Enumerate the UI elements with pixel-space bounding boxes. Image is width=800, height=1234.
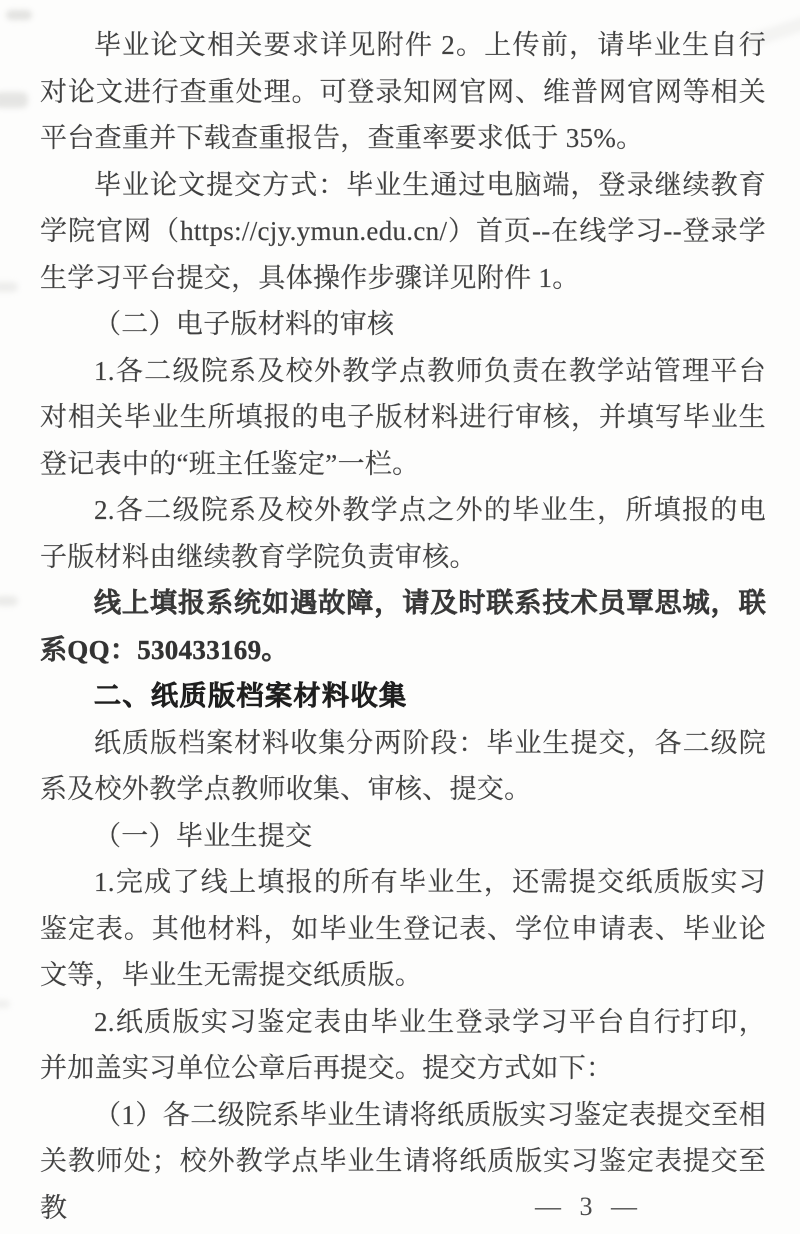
paragraph-review-item-1: 1.各二级院系及校外教学点教师负责在教学站管理平台对相关毕业生所填报的电子版材料… (40, 348, 766, 488)
scan-artifact (0, 282, 18, 292)
subsection-heading-graduate-submission: （一）毕业生提交 (40, 813, 766, 860)
page-number: — 3 — (535, 1192, 635, 1222)
section-heading-paper-archive: 二、纸质版档案材料收集 (40, 673, 766, 720)
scan-artifact (0, 92, 28, 108)
paragraph-submission-item-2: 2.纸质版实习鉴定表由毕业生登录学习平台自行打印，并加盖实习单位公章后再提交。提… (40, 999, 766, 1092)
scan-artifact (6, 10, 32, 20)
paragraph-submission-item-1: 1.完成了线上填报的所有毕业生，还需提交纸质版实习鉴定表。其他材料，如毕业生登记… (40, 859, 766, 999)
document-body: 毕业论文相关要求详见附件 2。上传前，请毕业生自行对论文进行查重处理。可登录知网… (40, 22, 766, 1231)
scan-artifact (0, 1000, 10, 1008)
paragraph-thesis-requirements: 毕业论文相关要求详见附件 2。上传前，请毕业生自行对论文进行查重处理。可登录知网… (40, 22, 766, 162)
subsection-heading-electronic-review: （二）电子版材料的审核 (40, 301, 766, 348)
scan-artifact (0, 596, 18, 606)
paragraph-tech-support-notice: 线上填报系统如遇故障，请及时联系技术员覃思城，联系QQ：530433169。 (40, 580, 766, 673)
paragraph-review-item-2: 2.各二级院系及校外教学点之外的毕业生，所填报的电子版材料由继续教育学院负责审核… (40, 487, 766, 580)
paragraph-paper-collection-overview: 纸质版档案材料收集分两阶段：毕业生提交，各二级院系及校外教学点教师收集、审核、提… (40, 720, 766, 813)
scanned-document-page: 毕业论文相关要求详见附件 2。上传前，请毕业生自行对论文进行查重处理。可登录知网… (0, 0, 800, 1234)
paragraph-thesis-submission-method: 毕业论文提交方式：毕业生通过电脑端，登录继续教育学院官网（https://cjy… (40, 162, 766, 302)
paragraph-submission-item-2-sub-1: （1）各二级院系毕业生请将纸质版实习鉴定表提交至相关教师处；校外教学点毕业生请将… (40, 1092, 766, 1232)
